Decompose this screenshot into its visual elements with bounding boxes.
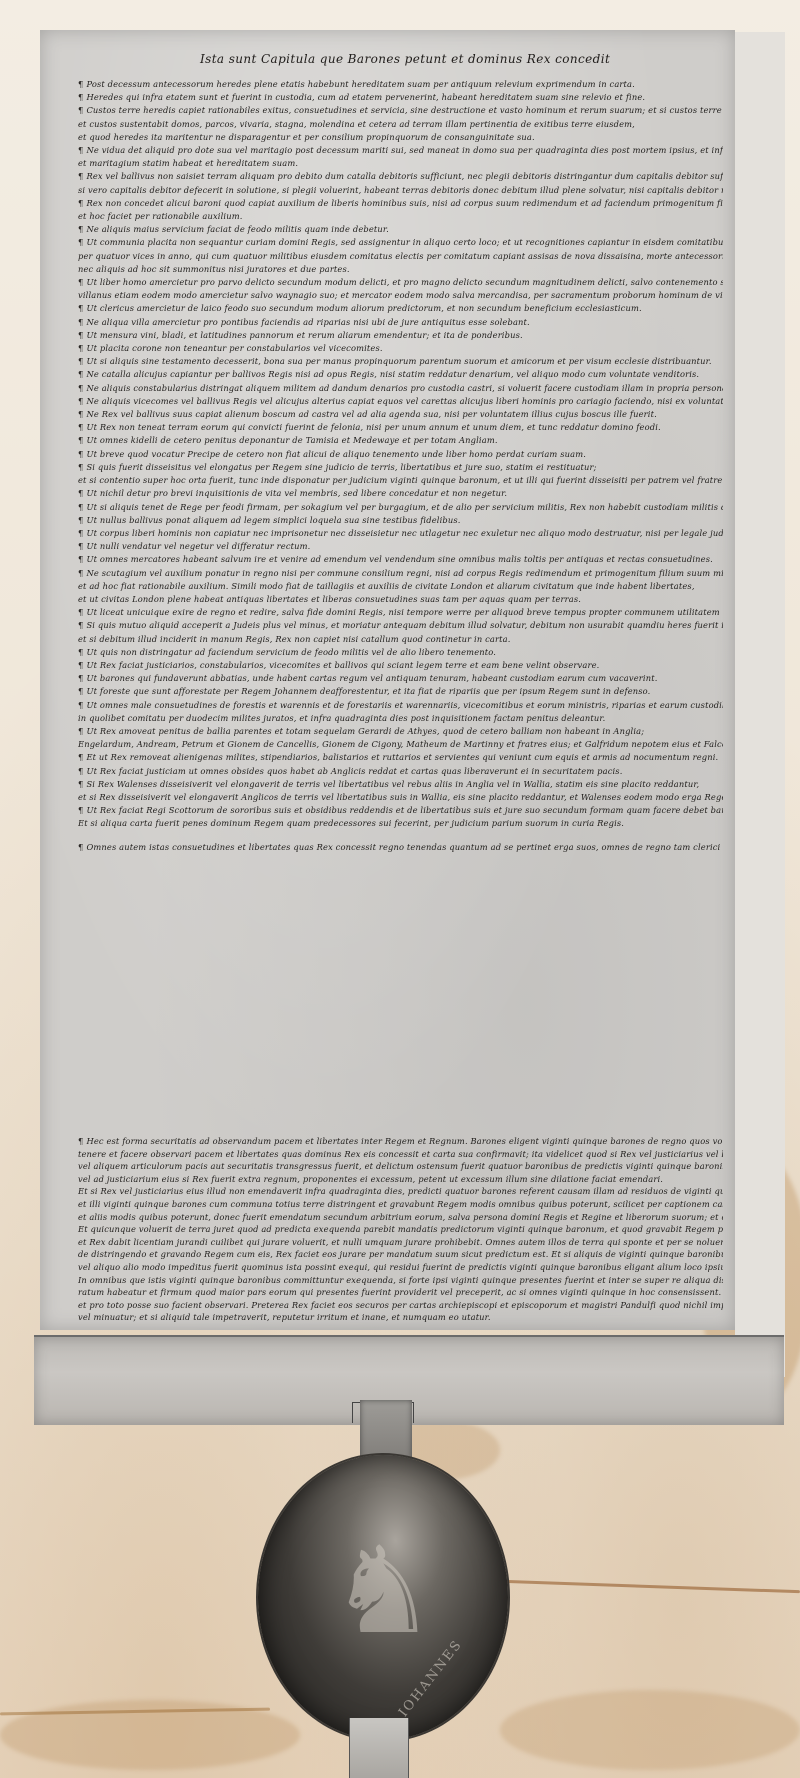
article-line: ¶Ne Rex vel ballivus suus capiat alienum… — [78, 408, 723, 421]
article-text: Post decessum antecessorum heredes plene… — [86, 79, 634, 89]
security-line: vel aliquo alio modo impeditus fuerit qu… — [78, 1261, 723, 1274]
paragraph-mark: ¶ — [78, 224, 83, 234]
article-text: Et si aliqua carta fuerit penes dominum … — [78, 818, 624, 828]
paragraph-mark: ¶ — [78, 766, 83, 776]
paragraph-mark: ¶ — [78, 554, 83, 564]
security-text: tenere et facere observari pacem et libe… — [78, 1149, 723, 1159]
article-text: Ut barones qui fundaverunt abbatias, und… — [86, 673, 657, 683]
article-line: ¶Ut placita corone non teneantur per con… — [78, 342, 723, 355]
article-text: Ne aliquis constabularius distringat ali… — [86, 383, 723, 393]
article-text: Ut foreste que sunt afforestate per Rege… — [86, 686, 650, 696]
paragraph-mark: ¶ — [78, 409, 83, 419]
article-text: Ut Rex amoveat penitus de ballia parente… — [86, 726, 644, 736]
article-text: Si quis fuerit disseisitus vel elongatus… — [86, 462, 596, 472]
article-line: ¶Ut communia placita non sequantur curia… — [78, 236, 723, 249]
paragraph-mark: ¶ — [78, 673, 83, 683]
article-line: in quolibet comitatu per duodecim milite… — [78, 712, 723, 725]
paragraph-mark: ¶ — [78, 700, 83, 710]
security-line: et illi viginti quinque barones cum comm… — [78, 1198, 723, 1211]
paragraph-mark: ¶ — [78, 842, 83, 852]
article-text: Ut placita corone non teneantur per cons… — [86, 343, 382, 353]
article-line: ¶Heredes qui infra etatem sunt et fuerin… — [78, 91, 723, 104]
article-line: ¶Ut Rex amoveat penitus de ballia parent… — [78, 725, 723, 738]
article-line: ¶Ne catalla alicujus capiantur per balli… — [78, 368, 723, 381]
article-text: Ut liceat unicuique exire de regno et re… — [86, 607, 723, 617]
article-text: Ut nullus ballivus ponat aliquem ad lege… — [86, 515, 460, 525]
paragraph-mark: ¶ — [78, 237, 83, 247]
article-line: ¶Si Rex Walenses disseisiverit vel elong… — [78, 778, 723, 791]
security-line: et Rex dabit licentiam jurandi cuilibet … — [78, 1236, 723, 1249]
security-clause: ¶Hec est forma securitatis ad observandu… — [78, 1135, 723, 1324]
article-text: Ne vidua det aliquid pro dote sua vel ma… — [86, 145, 723, 155]
security-text: de distringendo et gravando Regem cum ei… — [78, 1249, 723, 1259]
article-text: in quolibet comitatu per duodecim milite… — [78, 713, 605, 723]
security-line: Et quicunque voluerit de terra juret quo… — [78, 1223, 723, 1236]
paragraph-mark: ¶ — [78, 105, 83, 115]
paragraph-mark: ¶ — [78, 488, 83, 498]
article-line: ¶Ut omnes male consuetudines de forestis… — [78, 699, 723, 712]
article-text: Ut nulli vendatur vel negetur vel differ… — [86, 541, 310, 551]
article-text: Ut mensura vini, bladi, et latitudines p… — [86, 330, 522, 340]
article-line: ¶Ut Rex faciat justiciam ut omnes obside… — [78, 765, 723, 778]
paragraph-mark: ¶ — [78, 369, 83, 379]
article-text: Ut clericus amercietur de laico feodo su… — [86, 303, 641, 313]
article-text: Ne scutagium vel auxilium ponatur in reg… — [86, 568, 723, 578]
paragraph-mark: ¶ — [78, 607, 83, 617]
article-text: et quod heredes ita maritentur ne dispar… — [78, 132, 535, 142]
article-line: nec aliquis ad hoc sit summonitus nisi j… — [78, 263, 723, 276]
article-line: per quatuor vices in anno, qui cum quatu… — [78, 250, 723, 263]
security-text: ratum habeatur et firmum quod maior pars… — [78, 1287, 723, 1297]
article-text: Custos terre heredis capiet rationabiles… — [86, 105, 723, 115]
paragraph-mark: ¶ — [78, 198, 83, 208]
article-line: ¶Ut Rex non teneat terram eorum qui conv… — [78, 421, 723, 434]
article-text: si vero capitalis debitor defecerit in s… — [78, 185, 723, 195]
article-text: nec aliquis ad hoc sit summonitus nisi j… — [78, 264, 350, 274]
article-line: Et si aliqua carta fuerit penes dominum … — [78, 817, 723, 830]
paragraph-mark: ¶ — [78, 171, 83, 181]
article-text: Ut Rex faciat justiciam ut omnes obsides… — [86, 766, 622, 776]
article-line: ¶Ut omnes mercatores habeant salvum ire … — [78, 553, 723, 566]
security-text: Et quicunque voluerit de terra juret quo… — [78, 1224, 723, 1234]
article-line: ¶Ut si aliquis sine testamento decesseri… — [78, 355, 723, 368]
article-text: Heredes qui infra etatem sunt et fuerint… — [86, 92, 645, 102]
article-line: ¶Ut nullus ballivus ponat aliquem ad leg… — [78, 514, 723, 527]
article-line: ¶Ne scutagium vel auxilium ponatur in re… — [78, 567, 723, 580]
article-text: et ad hoc fiat rationabile auxilium. Sim… — [78, 581, 695, 591]
article-text: Ut Rex faciat justiciarios, constabulari… — [86, 660, 599, 670]
article-line: ¶Ne aliquis constabularius distringat al… — [78, 382, 723, 395]
article-line: et si Rex disseisiverit vel elongaverit … — [78, 791, 723, 804]
article-line: ¶Ut Rex faciat Regi Scottorum de sororib… — [78, 804, 723, 817]
paragraph-mark: ¶ — [78, 620, 83, 630]
paragraph-mark: ¶ — [78, 752, 83, 762]
article-text: et custos sustentabit domos, parcos, viv… — [78, 119, 635, 129]
paragraph-mark: ¶ — [78, 277, 83, 287]
article-line: ¶Ne aliquis maius servicium faciat de fe… — [78, 223, 723, 236]
paragraph-mark: ¶ — [78, 726, 83, 736]
article-line: ¶Omnes autem istas consuetudines et libe… — [78, 841, 723, 854]
article-text: Rex non concedet alicui baroni quod capi… — [86, 198, 723, 208]
security-line: de distringendo et gravando Regem cum ei… — [78, 1248, 723, 1261]
article-text: Ut breve quod vocatur Precipe de cetero … — [86, 449, 586, 459]
paragraph-mark: ¶ — [78, 303, 83, 313]
article-line: ¶Ut nichil detur pro brevi inquisitionis… — [78, 487, 723, 500]
article-line: ¶Ne vidua det aliquid pro dote sua vel m… — [78, 144, 723, 157]
article-text: et hoc faciet per rationabile auxilium. — [78, 211, 243, 221]
security-text: Et si Rex vel justiciarius eius illud no… — [78, 1186, 723, 1196]
article-text: Ut communia placita non sequantur curiam… — [86, 237, 723, 247]
paragraph-mark: ¶ — [78, 541, 83, 551]
document-heading: Ista sunt Capitula que Barones petunt et… — [200, 52, 620, 66]
paragraph-mark: ¶ — [78, 568, 83, 578]
article-text: Rex vel ballivus non saisiet terram aliq… — [86, 171, 723, 181]
article-line: si vero capitalis debitor defecerit in s… — [78, 184, 723, 197]
article-line: et maritagium statim habeat et hereditat… — [78, 157, 723, 170]
paragraph-mark: ¶ — [78, 435, 83, 445]
paragraph-mark: ¶ — [78, 383, 83, 393]
security-line: ¶Hec est forma securitatis ad observandu… — [78, 1135, 723, 1148]
article-text: Ne aliquis maius servicium faciat de feo… — [86, 224, 388, 234]
article-line: ¶Ut liber homo amercietur pro parvo deli… — [78, 276, 723, 289]
article-text: Ut quis non distringatur ad faciendum se… — [86, 647, 496, 657]
paragraph-mark: ¶ — [78, 145, 83, 155]
paragraph-mark: ¶ — [78, 462, 83, 472]
article-text: Ut nichil detur pro brevi inquisitionis … — [86, 488, 507, 498]
article-line: ¶Ut mensura vini, bladi, et latitudines … — [78, 329, 723, 342]
paragraph-mark: ¶ — [78, 317, 83, 327]
security-text: vel aliquo alio modo impeditus fuerit qu… — [78, 1262, 723, 1272]
article-text: Ut si aliquis tenet de Rege per feodi fi… — [86, 502, 723, 512]
paragraph-mark: ¶ — [78, 686, 83, 696]
security-text: vel minuatur; et si aliquid tale impetra… — [78, 1312, 491, 1322]
article-line: ¶Rex non concedet alicui baroni quod cap… — [78, 197, 723, 210]
article-text: et maritagium statim habeat et hereditat… — [78, 158, 298, 168]
paragraph-mark: ¶ — [78, 779, 83, 789]
articles-text: ¶Post decessum antecessorum heredes plen… — [78, 78, 723, 854]
security-line: vel ad justiciarium eius si Rex fuerit e… — [78, 1173, 723, 1186]
article-text: Ut liber homo amercietur pro parvo delic… — [86, 277, 723, 287]
paragraph-mark: ¶ — [78, 515, 83, 525]
wax-seal: ♞ IOHANNES — [258, 1455, 508, 1740]
article-text: et si contentio super hoc orta fuerit, t… — [78, 475, 723, 485]
article-line: ¶Si quis mutuo aliquid acceperit a Judei… — [78, 619, 723, 632]
security-text: Hec est forma securitatis ad observandum… — [86, 1136, 723, 1146]
article-line: ¶Ut barones qui fundaverunt abbatias, un… — [78, 672, 723, 685]
article-text: Ut Rex faciat Regi Scottorum de sororibu… — [86, 805, 723, 815]
article-text: Si Rex Walenses disseisiverit vel elonga… — [86, 779, 699, 789]
security-line: et pro toto posse suo facient observari.… — [78, 1299, 723, 1312]
equestrian-figure-icon: ♞ — [329, 1532, 437, 1652]
article-text: Engelardum, Andream, Petrum et Gionem de… — [78, 739, 723, 749]
article-line: ¶Ut quis non distringatur ad faciendum s… — [78, 646, 723, 659]
article-line: ¶Si quis fuerit disseisitus vel elongatu… — [78, 461, 723, 474]
article-line: ¶Ut omnes kidelli de cetero penitus depo… — [78, 434, 723, 447]
security-text: vel aliquem articulorum pacis aut securi… — [78, 1161, 723, 1171]
security-text: vel ad justiciarium eius si Rex fuerit e… — [78, 1174, 663, 1184]
paragraph-mark: ¶ — [78, 647, 83, 657]
article-line: ¶Custos terre heredis capiet rationabile… — [78, 104, 723, 117]
seal-tag-lower — [349, 1718, 409, 1778]
article-line: et si debitum illud inciderit in manum R… — [78, 633, 723, 646]
article-text: Ut omnes male consuetudines de forestis … — [86, 700, 723, 710]
article-text: et si Rex disseisiverit vel elongaverit … — [78, 792, 723, 802]
article-line: ¶Ut foreste que sunt afforestate per Reg… — [78, 685, 723, 698]
article-text: Ut corpus liberi hominis non capiatur ne… — [86, 528, 723, 538]
article-text: Ne aliqua villa amercietur pro pontibus … — [86, 317, 529, 327]
security-line: vel aliquem articulorum pacis aut securi… — [78, 1160, 723, 1173]
security-text: et Rex dabit licentiam jurandi cuilibet … — [78, 1237, 723, 1247]
paragraph-mark: ¶ — [78, 449, 83, 459]
article-line: ¶Ut nulli vendatur vel negetur vel diffe… — [78, 540, 723, 553]
paragraph-mark: ¶ — [78, 330, 83, 340]
article-text: Ne aliquis vicecomes vel ballivus Regis … — [86, 396, 723, 406]
security-line: et aliis modis quibus poterunt, donec fu… — [78, 1211, 723, 1224]
article-line: ¶Et ut Rex removeat alienigenas milites,… — [78, 751, 723, 764]
security-line: ratum habeatur et firmum quod maior pars… — [78, 1286, 723, 1299]
article-text: Ne Rex vel ballivus suus capiat alienum … — [86, 409, 656, 419]
article-line: et quod heredes ita maritentur ne dispar… — [78, 131, 723, 144]
paragraph-mark: ¶ — [78, 528, 83, 538]
article-line: ¶Ut corpus liberi hominis non capiatur n… — [78, 527, 723, 540]
article-text: per quatuor vices in anno, qui cum quatu… — [78, 251, 723, 261]
security-text: et illi viginti quinque barones cum comm… — [78, 1199, 723, 1209]
article-line: ¶Ne aliqua villa amercietur pro pontibus… — [78, 316, 723, 329]
security-line: tenere et facere observari pacem et libe… — [78, 1148, 723, 1161]
article-line: ¶Ut clericus amercietur de laico feodo s… — [78, 302, 723, 315]
article-text: Ut si aliquis sine testamento decesserit… — [86, 356, 711, 366]
article-line: ¶Ut si aliquis tenet de Rege per feodi f… — [78, 501, 723, 514]
security-text: et pro toto posse suo facient observari.… — [78, 1300, 723, 1310]
paragraph-mark: ¶ — [78, 356, 83, 366]
article-text: villanus etiam eodem modo amercietur sal… — [78, 290, 723, 300]
paragraph-mark: ¶ — [78, 1136, 83, 1146]
security-line: Et si Rex vel justiciarius eius illud no… — [78, 1185, 723, 1198]
paragraph-mark: ¶ — [78, 422, 83, 432]
article-line: ¶Ut breve quod vocatur Precipe de cetero… — [78, 448, 723, 461]
article-line: Engelardum, Andream, Petrum et Gionem de… — [78, 738, 723, 751]
article-text: Ut omnes mercatores habeant salvum ire e… — [86, 554, 713, 564]
paragraph-mark: ¶ — [78, 396, 83, 406]
paragraph-mark: ¶ — [78, 92, 83, 102]
article-line: villanus etiam eodem modo amercietur sal… — [78, 289, 723, 302]
article-text: Omnes autem istas consuetudines et liber… — [86, 842, 723, 852]
article-text: Ne catalla alicujus capiantur per balliv… — [86, 369, 699, 379]
article-line: et custos sustentabit domos, parcos, viv… — [78, 118, 723, 131]
article-text: et ut civitas London plene habeat antiqu… — [78, 594, 581, 604]
security-line: In omnibus que istis viginti quinque bar… — [78, 1274, 723, 1287]
paragraph-mark: ¶ — [78, 79, 83, 89]
article-line: ¶Post decessum antecessorum heredes plen… — [78, 78, 723, 91]
paragraph-mark: ¶ — [78, 660, 83, 670]
article-line: et ut civitas London plene habeat antiqu… — [78, 593, 723, 606]
article-text: Ut Rex non teneat terram eorum qui convi… — [86, 422, 660, 432]
security-line: vel minuatur; et si aliquid tale impetra… — [78, 1311, 723, 1324]
article-line: ¶Ut Rex faciat justiciarios, constabular… — [78, 659, 723, 672]
article-text: et si debitum illud inciderit in manum R… — [78, 634, 510, 644]
article-line: et hoc faciet per rationabile auxilium. — [78, 210, 723, 223]
paragraph-mark: ¶ — [78, 343, 83, 353]
article-text: Si quis mutuo aliquid acceperit a Judeis… — [86, 620, 723, 630]
article-text: Et ut Rex removeat alienigenas milites, … — [86, 752, 718, 762]
paragraph-mark: ¶ — [78, 502, 83, 512]
security-text: In omnibus que istis viginti quinque bar… — [78, 1275, 723, 1285]
article-line: et ad hoc fiat rationabile auxilium. Sim… — [78, 580, 723, 593]
water-stain — [500, 1690, 800, 1770]
article-line: et si contentio super hoc orta fuerit, t… — [78, 474, 723, 487]
article-line: ¶Rex vel ballivus non saisiet terram ali… — [78, 170, 723, 183]
article-line: ¶Ne aliquis vicecomes vel ballivus Regis… — [78, 395, 723, 408]
article-line: ¶Ut liceat unicuique exire de regno et r… — [78, 606, 723, 619]
article-text: Ut omnes kidelli de cetero penitus depon… — [86, 435, 497, 445]
parchment-margin-strip — [735, 32, 785, 1377]
security-text: et aliis modis quibus poterunt, donec fu… — [78, 1212, 723, 1222]
paragraph-mark: ¶ — [78, 805, 83, 815]
